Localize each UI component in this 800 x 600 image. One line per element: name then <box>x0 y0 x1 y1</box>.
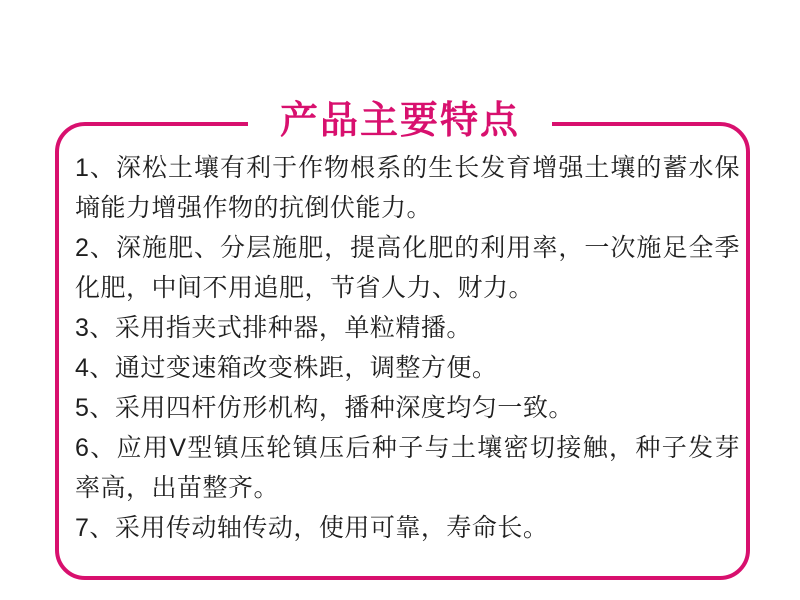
feature-item-2: 2、深施肥、分层施肥，提高化肥的利用率，一次施足全季化肥，中间不用追肥，节省人力… <box>75 228 740 308</box>
feature-item-5: 5、采用四杆仿形机构，播种深度均匀一致。 <box>75 388 740 428</box>
page-title: 产品主要特点 <box>248 98 552 144</box>
title-row: 产品主要特点 <box>0 98 800 144</box>
features-list: 1、深松土壤有利于作物根系的生长发育增强土壤的蓄水保墒能力增强作物的抗倒伏能力。… <box>75 148 740 548</box>
feature-item-4: 4、通过变速箱改变株距，调整方便。 <box>75 348 740 388</box>
feature-item-1: 1、深松土壤有利于作物根系的生长发育增强土壤的蓄水保墒能力增强作物的抗倒伏能力。 <box>75 148 740 228</box>
feature-item-7: 7、采用传动轴传动，使用可靠，寿命长。 <box>75 508 740 548</box>
feature-item-3: 3、采用指夹式排种器，单粒精播。 <box>75 308 740 348</box>
product-features-graphic: 产品主要特点 1、深松土壤有利于作物根系的生长发育增强土壤的蓄水保墒能力增强作物… <box>0 0 800 600</box>
feature-item-6: 6、应用V型镇压轮镇压后种子与土壤密切接触，种子发芽率高，出苗整齐。 <box>75 428 740 508</box>
